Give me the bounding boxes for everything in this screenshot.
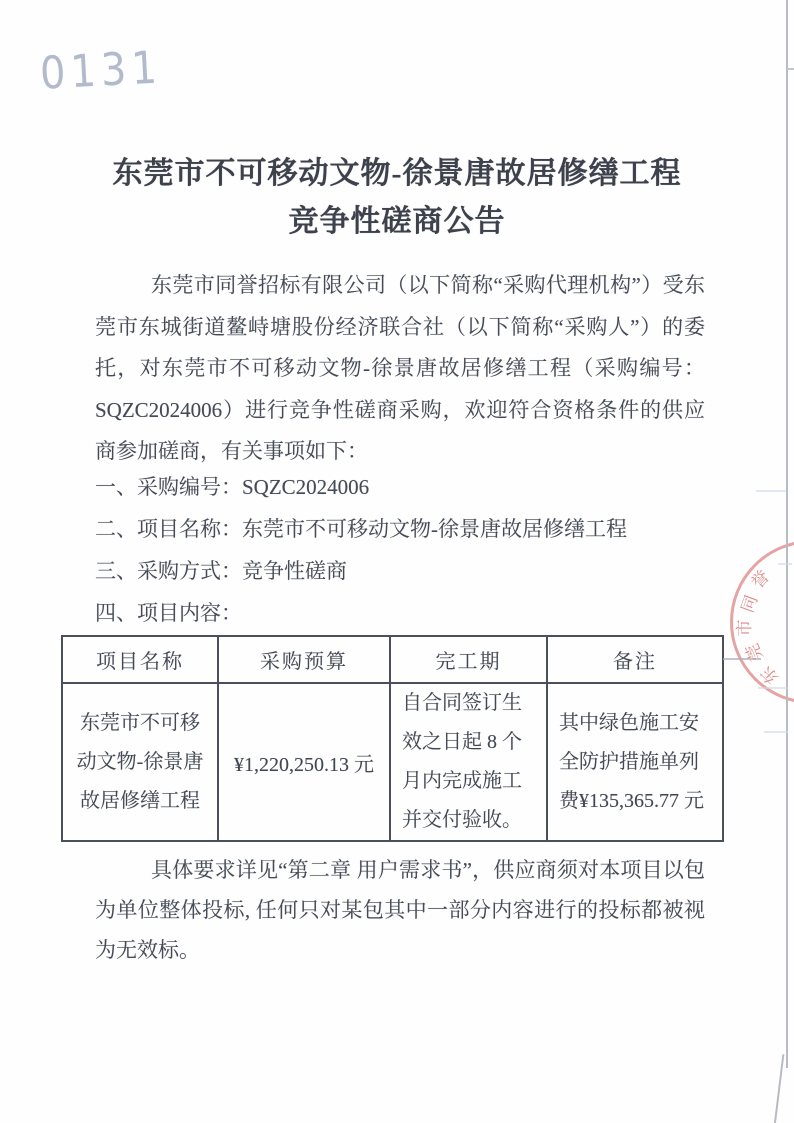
item-project-name: 二、项目名称：东莞市不可移动文物-徐景唐故居修缮工程 xyxy=(95,508,720,550)
scan-artifact-dash xyxy=(723,658,761,660)
header-budget: 采购预算 xyxy=(218,636,390,683)
header-remark: 备注 xyxy=(547,636,723,683)
document-title: 东莞市不可移动文物-徐景唐故居修缮工程 竞争性磋商公告 xyxy=(0,150,794,246)
document-title-line2: 竞争性磋商公告 xyxy=(0,198,794,246)
cell-project-name: 东莞市不可移 动文物-徐景唐 故居修缮工程 xyxy=(62,683,218,841)
numbered-items: 一、采购编号：SQZC2024006 二、项目名称：东莞市不可移动文物-徐景唐故… xyxy=(95,466,720,634)
scan-artifact-streak xyxy=(756,490,786,492)
item-project-content: 四、项目内容： xyxy=(95,592,720,634)
page-edge-bend xyxy=(774,1054,785,1123)
handwritten-page-number: 0131 xyxy=(39,42,163,100)
document-title-line1: 东莞市不可移动文物-徐景唐故居修缮工程 xyxy=(0,150,794,198)
scan-artifact-streak xyxy=(758,687,788,689)
table-header-row: 项目名称 采购预算 完工期 备注 xyxy=(62,636,723,683)
scan-artifact-streak xyxy=(778,563,792,565)
item-procurement-number: 一、采购编号：SQZC2024006 xyxy=(95,466,720,508)
cell-completion-period: 自合同签订生 效之日起 8 个 月内完成施工 并交付验收。 xyxy=(390,683,547,841)
item-procurement-method: 三、采购方式：竞争性磋商 xyxy=(95,550,720,592)
seal-char: 市 xyxy=(736,619,754,637)
scanned-document-page: 0131 东莞市不可移动文物-徐景唐故居修缮工程 竞争性磋商公告 东莞市同誉招标… xyxy=(0,0,794,1123)
cell-budget: ¥1,220,250.13 元 xyxy=(218,683,390,841)
intro-paragraph: 东莞市同誉招标有限公司（以下简称“采购代理机构”）受东莞市东城街道鳌峙塘股份经济… xyxy=(95,265,705,473)
scan-artifact-tick xyxy=(787,68,794,70)
header-completion-period: 完工期 xyxy=(390,636,547,683)
table-row: 东莞市不可移 动文物-徐景唐 故居修缮工程 ¥1,220,250.13 元 自合… xyxy=(62,683,723,841)
project-content-table: 项目名称 采购预算 完工期 备注 东莞市不可移 动文物-徐景唐 故居修缮工程 ¥… xyxy=(61,635,724,842)
page-edge-line xyxy=(786,0,788,1068)
header-project-name: 项目名称 xyxy=(62,636,218,683)
cell-remark: 其中绿色施工安 全防护措施单列 费¥135,365.77 元 xyxy=(547,683,723,841)
scan-artifact-streak xyxy=(764,731,788,733)
closing-paragraph: 具体要求详见“第二章 用户需求书”，供应商须对本项目以包为单位整体投标, 任何只… xyxy=(95,850,705,970)
